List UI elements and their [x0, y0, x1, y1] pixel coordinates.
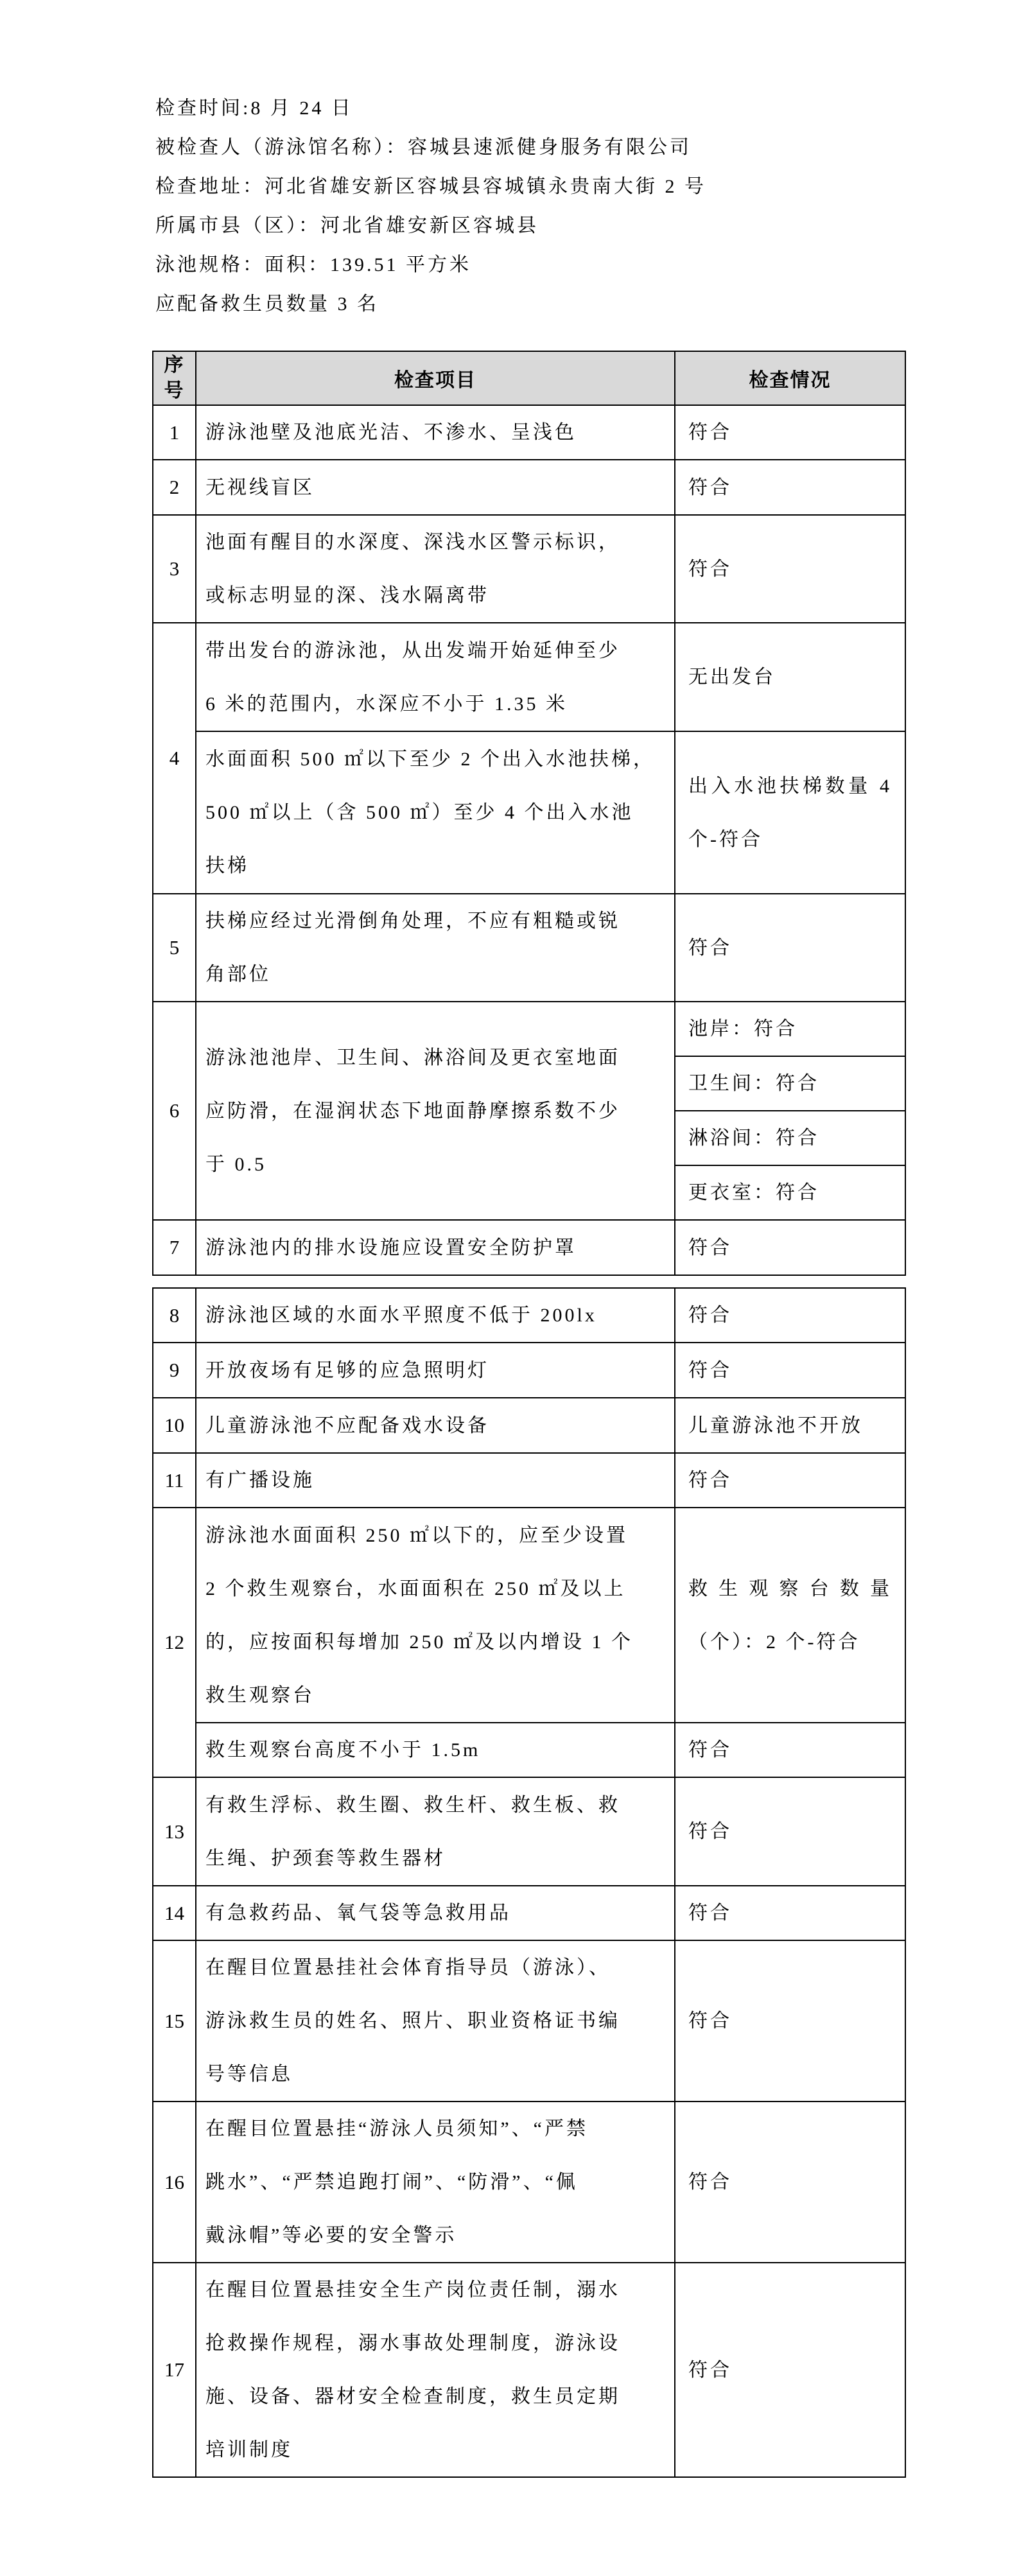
table-row: 9 开放夜场有足够的应急照明灯 符合	[153, 1343, 905, 1398]
table-row: 4 带出发台的游泳池，从出发端开始延伸至少 6 米的范围内，水深应不小于 1.3…	[153, 623, 905, 731]
check-status-cell: 符合	[675, 1940, 905, 2102]
inspection-table-part1: 序号 检查项目 检查情况 1 游泳池壁及池底光洁、不渗水、呈浅色 符合 2 无视…	[152, 351, 906, 1276]
table-row: 水面面积 500 ㎡以下至少 2 个出入水池扶梯， 500 ㎡以上（含 500 …	[153, 731, 905, 894]
check-status-cell: 符合	[675, 894, 905, 1002]
check-status-cell: 符合	[675, 2102, 905, 2263]
header-line-lifeguard-count: 应配备救生员数量 3 名	[155, 284, 706, 324]
row-number-cell: 9	[153, 1343, 196, 1398]
row-number-cell: 10	[153, 1398, 196, 1453]
check-item-cell: 游泳池内的排水设施应设置安全防护罩	[196, 1220, 675, 1275]
header-line-district: 所属市县（区）：河北省雄安新区容城县	[155, 206, 706, 245]
check-item-cell: 水面面积 500 ㎡以下至少 2 个出入水池扶梯， 500 ㎡以上（含 500 …	[196, 731, 675, 894]
check-item-cell: 有广播设施	[196, 1453, 675, 1508]
row-number-cell: 8	[153, 1288, 196, 1343]
check-item-cell: 有救生浮标、救生圈、救生杆、救生板、救 生绳、护颈套等救生器材	[196, 1777, 675, 1886]
table-row: 11 有广播设施 符合	[153, 1453, 905, 1508]
check-status-cell: 符合	[675, 1777, 905, 1886]
check-status-cell: 符合	[675, 2263, 905, 2477]
row-number-cell: 4	[153, 623, 196, 894]
row-number-cell: 16	[153, 2102, 196, 2263]
row-number-cell: 1	[153, 405, 196, 460]
check-status-cell: 符合	[675, 1288, 905, 1343]
check-item-cell: 游泳池池岸、卫生间、淋浴间及更衣室地面 应防滑，在湿润状态下地面静摩擦系数不少 …	[196, 1002, 675, 1220]
check-status-cell: 淋浴间：符合	[675, 1111, 905, 1165]
check-item-cell: 池面有醒目的水深度、深浅水区警示标识， 或标志明显的深、浅水隔离带	[196, 515, 675, 623]
check-status-cell: 救生观察台数量（个）：2 个-符合	[675, 1508, 905, 1723]
header-line-inspection-address: 检查地址：河北省雄安新区容城县容城镇永贵南大街 2 号	[155, 167, 706, 206]
column-header-status: 检查情况	[675, 351, 905, 405]
document-page: { "doc_header": { "line1": "检查时间:8 月 24 …	[0, 0, 1019, 2576]
row-number-cell: 12	[153, 1508, 196, 1777]
check-status-cell: 符合	[675, 1343, 905, 1398]
row-number-cell: 6	[153, 1002, 196, 1220]
table-row: 3 池面有醒目的水深度、深浅水区警示标识， 或标志明显的深、浅水隔离带 符合	[153, 515, 905, 623]
check-item-cell: 在醒目位置悬挂社会体育指导员（游泳）、 游泳救生员的姓名、照片、职业资格证书编 …	[196, 1940, 675, 2102]
row-number-cell: 17	[153, 2263, 196, 2477]
check-status-cell: 符合	[675, 515, 905, 623]
check-item-cell: 儿童游泳池不应配备戏水设备	[196, 1398, 675, 1453]
row-number-cell: 11	[153, 1453, 196, 1508]
table-row: 2 无视线盲区 符合	[153, 460, 905, 515]
row-number-cell: 14	[153, 1886, 196, 1940]
table-row: 救生观察台高度不小于 1.5m 符合	[153, 1723, 905, 1777]
table-row: 1 游泳池壁及池底光洁、不渗水、呈浅色 符合	[153, 405, 905, 460]
column-header-number: 序号	[153, 351, 196, 405]
check-item-cell: 带出发台的游泳池，从出发端开始延伸至少 6 米的范围内，水深应不小于 1.35 …	[196, 623, 675, 731]
table-row: 8 游泳池区域的水面水平照度不低于 200lx 符合	[153, 1288, 905, 1343]
inspection-table-part2: 8 游泳池区域的水面水平照度不低于 200lx 符合 9 开放夜场有足够的应急照…	[152, 1287, 906, 2478]
table-row: 16 在醒目位置悬挂“游泳人员须知”、“严禁 跳水”、“严禁追跑打闹”、“防滑”…	[153, 2102, 905, 2263]
row-number-cell: 15	[153, 1940, 196, 2102]
header-line-pool-spec: 泳池规格：面积：139.51 平方米	[155, 245, 706, 284]
check-item-cell: 救生观察台高度不小于 1.5m	[196, 1723, 675, 1777]
check-item-cell: 在醒目位置悬挂“游泳人员须知”、“严禁 跳水”、“严禁追跑打闹”、“防滑”、“佩…	[196, 2102, 675, 2263]
table-row: 10 儿童游泳池不应配备戏水设备 儿童游泳池不开放	[153, 1398, 905, 1453]
table-row: 7 游泳池内的排水设施应设置安全防护罩 符合	[153, 1220, 905, 1275]
check-item-cell: 无视线盲区	[196, 460, 675, 515]
check-status-cell: 出入水池扶梯数量 4 个-符合	[675, 731, 905, 894]
check-item-cell: 游泳池壁及池底光洁、不渗水、呈浅色	[196, 405, 675, 460]
row-number-cell: 5	[153, 894, 196, 1002]
row-number-cell: 3	[153, 515, 196, 623]
document-header: 检查时间:8 月 24 日 被检查人（游泳馆名称）：容城县速派健身服务有限公司 …	[155, 89, 706, 324]
check-status-cell: 符合	[675, 1723, 905, 1777]
table-row: 12 游泳池水面面积 250 ㎡以下的，应至少设置 2 个救生观察台，水面面积在…	[153, 1508, 905, 1723]
table-header-row: 序号 检查项目 检查情况	[153, 351, 905, 405]
table-row: 13 有救生浮标、救生圈、救生杆、救生板、救 生绳、护颈套等救生器材 符合	[153, 1777, 905, 1886]
check-item-cell: 在醒目位置悬挂安全生产岗位责任制，溺水 抢救操作规程，溺水事故处理制度，游泳设 …	[196, 2263, 675, 2477]
check-status-cell: 更衣室：符合	[675, 1165, 905, 1220]
check-status-cell: 符合	[675, 1886, 905, 1940]
check-item-cell: 开放夜场有足够的应急照明灯	[196, 1343, 675, 1398]
table-row: 15 在醒目位置悬挂社会体育指导员（游泳）、 游泳救生员的姓名、照片、职业资格证…	[153, 1940, 905, 2102]
check-status-cell: 卫生间：符合	[675, 1056, 905, 1111]
table-row: 6 游泳池池岸、卫生间、淋浴间及更衣室地面 应防滑，在湿润状态下地面静摩擦系数不…	[153, 1002, 905, 1056]
column-header-item: 检查项目	[196, 351, 675, 405]
check-item-cell: 扶梯应经过光滑倒角处理，不应有粗糙或锐 角部位	[196, 894, 675, 1002]
check-item-cell: 游泳池水面面积 250 ㎡以下的，应至少设置 2 个救生观察台，水面面积在 25…	[196, 1508, 675, 1723]
header-line-inspection-time: 检查时间:8 月 24 日	[155, 89, 706, 128]
check-status-cell: 符合	[675, 1220, 905, 1275]
check-status-cell: 符合	[675, 405, 905, 460]
check-item-cell: 游泳池区域的水面水平照度不低于 200lx	[196, 1288, 675, 1343]
check-status-cell: 池岸：符合	[675, 1002, 905, 1056]
table-row: 5 扶梯应经过光滑倒角处理，不应有粗糙或锐 角部位 符合	[153, 894, 905, 1002]
table-row: 14 有急救药品、氧气袋等急救用品 符合	[153, 1886, 905, 1940]
header-line-inspected-party: 被检查人（游泳馆名称）：容城县速派健身服务有限公司	[155, 128, 706, 167]
table-row: 17 在醒目位置悬挂安全生产岗位责任制，溺水 抢救操作规程，溺水事故处理制度，游…	[153, 2263, 905, 2477]
check-status-cell: 符合	[675, 460, 905, 515]
check-status-cell: 无出发台	[675, 623, 905, 731]
row-number-cell: 2	[153, 460, 196, 515]
check-status-cell: 儿童游泳池不开放	[675, 1398, 905, 1453]
row-number-cell: 7	[153, 1220, 196, 1275]
row-number-cell: 13	[153, 1777, 196, 1886]
check-item-cell: 有急救药品、氧气袋等急救用品	[196, 1886, 675, 1940]
check-status-cell: 符合	[675, 1453, 905, 1508]
